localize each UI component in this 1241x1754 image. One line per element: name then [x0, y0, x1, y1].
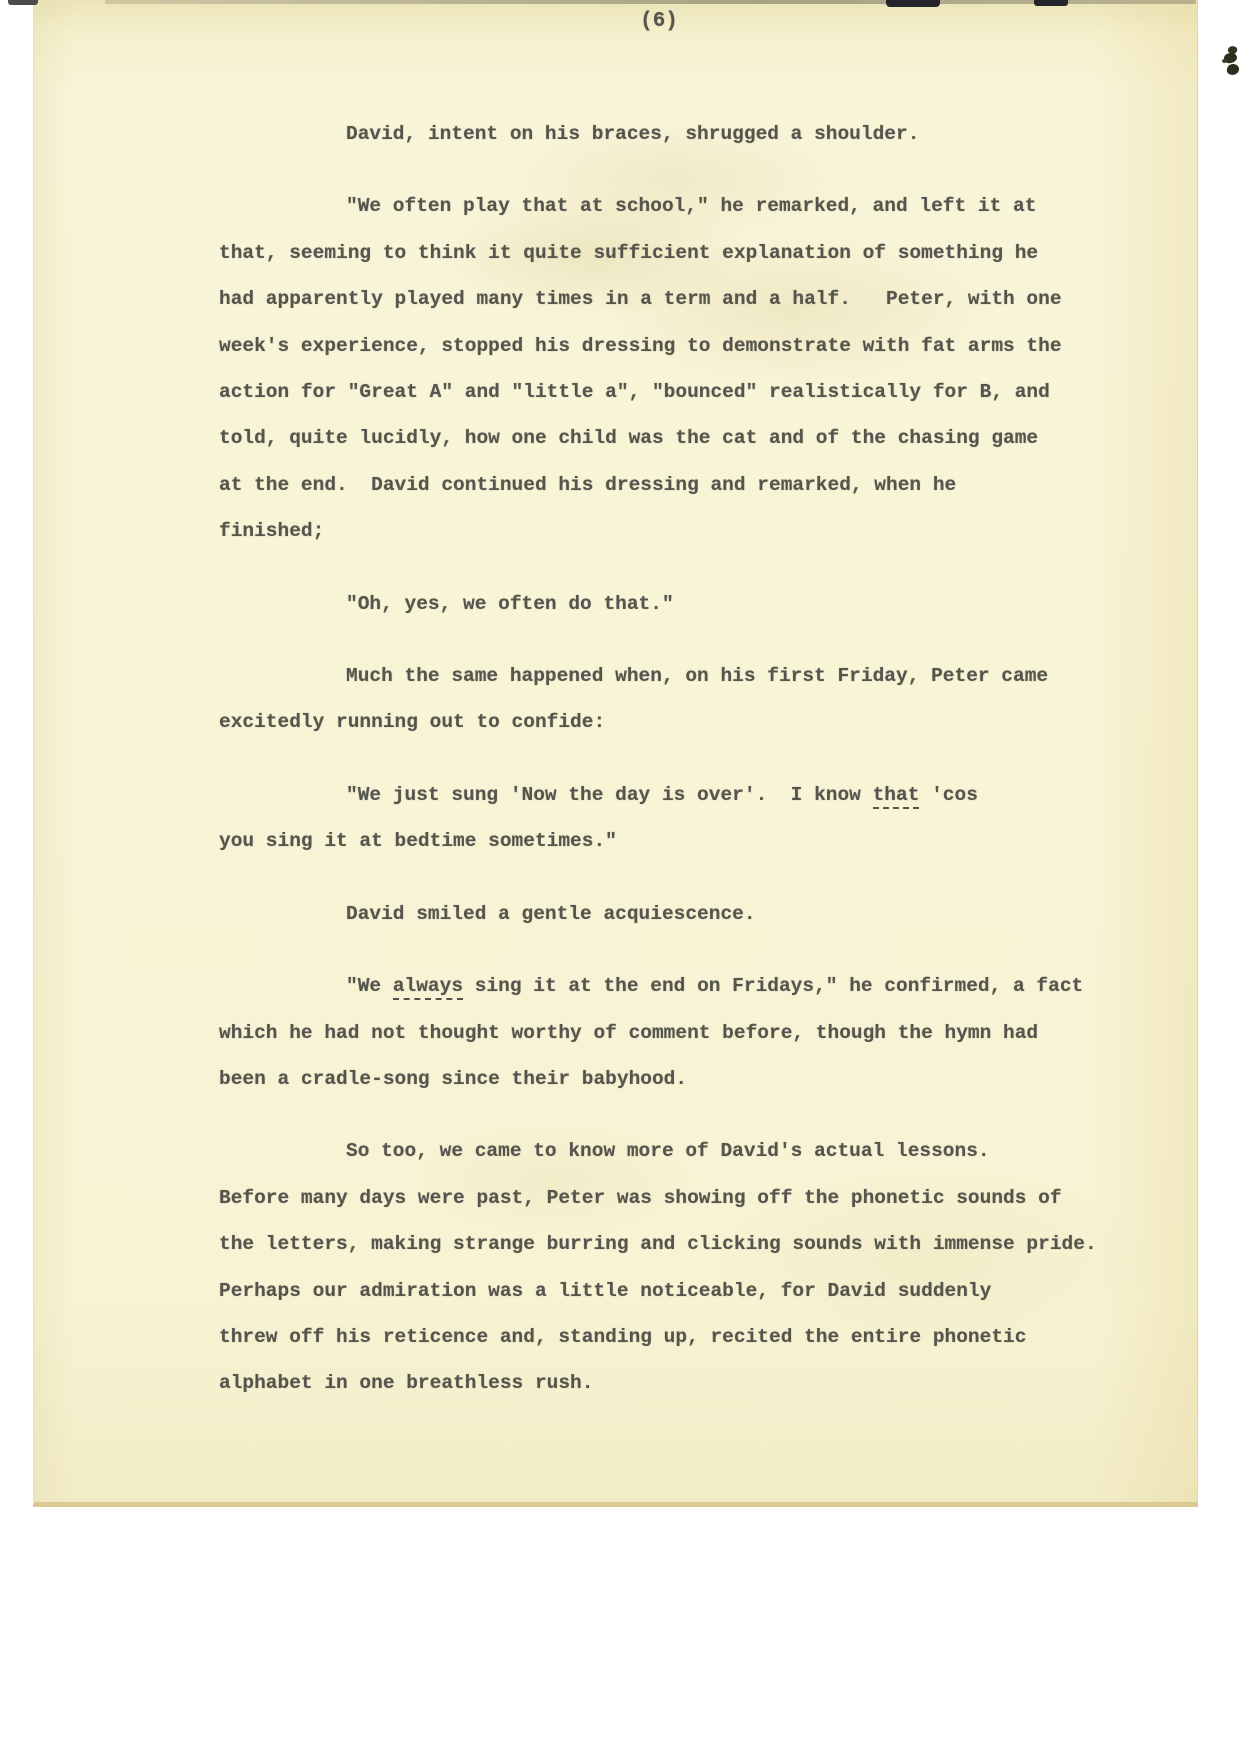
text-segment: told, quite lucidly, how one child was t… [219, 427, 1038, 449]
text-segment: week's experience, stopped his dressing … [219, 335, 1062, 357]
text-segment: finished; [219, 520, 324, 542]
text-segment: "We [346, 975, 393, 997]
paragraph: "Oh, yes, we often do that." [219, 581, 1149, 627]
text-segment: action for "Great A" and "little a", "bo… [219, 381, 1050, 403]
text-line: David, intent on his braces, shrugged a … [219, 111, 1149, 157]
text-segment: sing it at the end on Fridays," he confi… [463, 975, 1083, 997]
text-segment: 'cos [919, 784, 978, 806]
text-line: week's experience, stopped his dressing … [219, 323, 1149, 369]
scan-artifact-mark [886, 0, 940, 7]
scanned-page: (6) David, intent on his braces, shrugge… [0, 0, 1241, 1754]
scan-artifact-mark [8, 0, 38, 5]
text-line: David smiled a gentle acquiescence. [219, 891, 1149, 937]
text-line: Much the same happened when, on his firs… [219, 653, 1149, 699]
document-body: David, intent on his braces, shrugged a … [219, 111, 1149, 1407]
paragraph: David, intent on his braces, shrugged a … [219, 111, 1149, 157]
text-line: action for "Great A" and "little a", "bo… [219, 369, 1149, 415]
text-segment: threw off his reticence and, standing up… [219, 1326, 1026, 1348]
text-segment: Before many days were past, Peter was sh… [219, 1187, 1062, 1209]
paragraph: "We always sing it at the end on Fridays… [219, 963, 1149, 1102]
ink-blot-part [1222, 59, 1227, 63]
text-segment: at the end. David continued his dressing… [219, 474, 956, 496]
page-number: (6) [619, 10, 699, 33]
text-line: So too, we came to know more of David's … [219, 1128, 1149, 1174]
text-line: told, quite lucidly, how one child was t… [219, 415, 1149, 461]
underlined-word: always [393, 975, 463, 1000]
ink-blot-mark [1222, 46, 1241, 80]
scan-edge-shadow [105, 0, 1196, 4]
text-segment: "We often play that at school," he remar… [346, 195, 1036, 217]
text-line: threw off his reticence and, standing up… [219, 1314, 1149, 1360]
text-segment: So too, we came to know more of David's … [346, 1140, 990, 1162]
text-segment: "We just sung 'Now the day is over'. I k… [346, 784, 873, 806]
text-line: excitedly running out to confide: [219, 699, 1149, 745]
paragraph: Much the same happened when, on his firs… [219, 653, 1149, 746]
text-segment: had apparently played many times in a te… [219, 288, 1062, 310]
document-paper-sheet: (6) David, intent on his braces, shrugge… [33, 0, 1198, 1504]
text-segment: which he had not thought worthy of comme… [219, 1022, 1038, 1044]
text-line: the letters, making strange burring and … [219, 1221, 1149, 1267]
text-line: "We just sung 'Now the day is over'. I k… [219, 772, 1149, 818]
text-line: had apparently played many times in a te… [219, 276, 1149, 322]
text-segment: "Oh, yes, we often do that." [346, 593, 674, 615]
text-line: that, seeming to think it quite sufficie… [219, 230, 1149, 276]
text-segment: Much the same happened when, on his firs… [346, 665, 1048, 687]
paragraph: "We often play that at school," he remar… [219, 183, 1149, 554]
text-segment: you sing it at bedtime sometimes." [219, 830, 617, 852]
text-line: which he had not thought worthy of comme… [219, 1010, 1149, 1056]
text-line: Perhaps our admiration was a little noti… [219, 1268, 1149, 1314]
text-segment: alphabet in one breathless rush. [219, 1372, 593, 1394]
text-segment: David smiled a gentle acquiescence. [346, 903, 756, 925]
text-line: alphabet in one breathless rush. [219, 1360, 1149, 1406]
text-line: "We often play that at school," he remar… [219, 183, 1149, 229]
text-line: at the end. David continued his dressing… [219, 462, 1149, 508]
text-segment: Perhaps our admiration was a little noti… [219, 1280, 991, 1302]
text-segment: excitedly running out to confide: [219, 711, 605, 733]
text-segment: that, seeming to think it quite sufficie… [219, 242, 1038, 264]
paragraph: "We just sung 'Now the day is over'. I k… [219, 772, 1149, 865]
text-line: Before many days were past, Peter was sh… [219, 1175, 1149, 1221]
text-segment: been a cradle-song since their babyhood. [219, 1068, 687, 1090]
paragraph: David smiled a gentle acquiescence. [219, 891, 1149, 937]
text-segment: David, intent on his braces, shrugged a … [346, 123, 919, 145]
text-segment: the letters, making strange burring and … [219, 1233, 1097, 1255]
text-line: finished; [219, 508, 1149, 554]
scan-artifact-mark [1034, 0, 1068, 6]
underlined-word: that [873, 784, 920, 809]
paragraph: So too, we came to know more of David's … [219, 1128, 1149, 1406]
text-line: "We always sing it at the end on Fridays… [219, 963, 1149, 1009]
text-line: you sing it at bedtime sometimes." [219, 818, 1149, 864]
text-line: "Oh, yes, we often do that." [219, 581, 1149, 627]
text-line: been a cradle-song since their babyhood. [219, 1056, 1149, 1102]
ink-blot-part [1226, 63, 1240, 76]
